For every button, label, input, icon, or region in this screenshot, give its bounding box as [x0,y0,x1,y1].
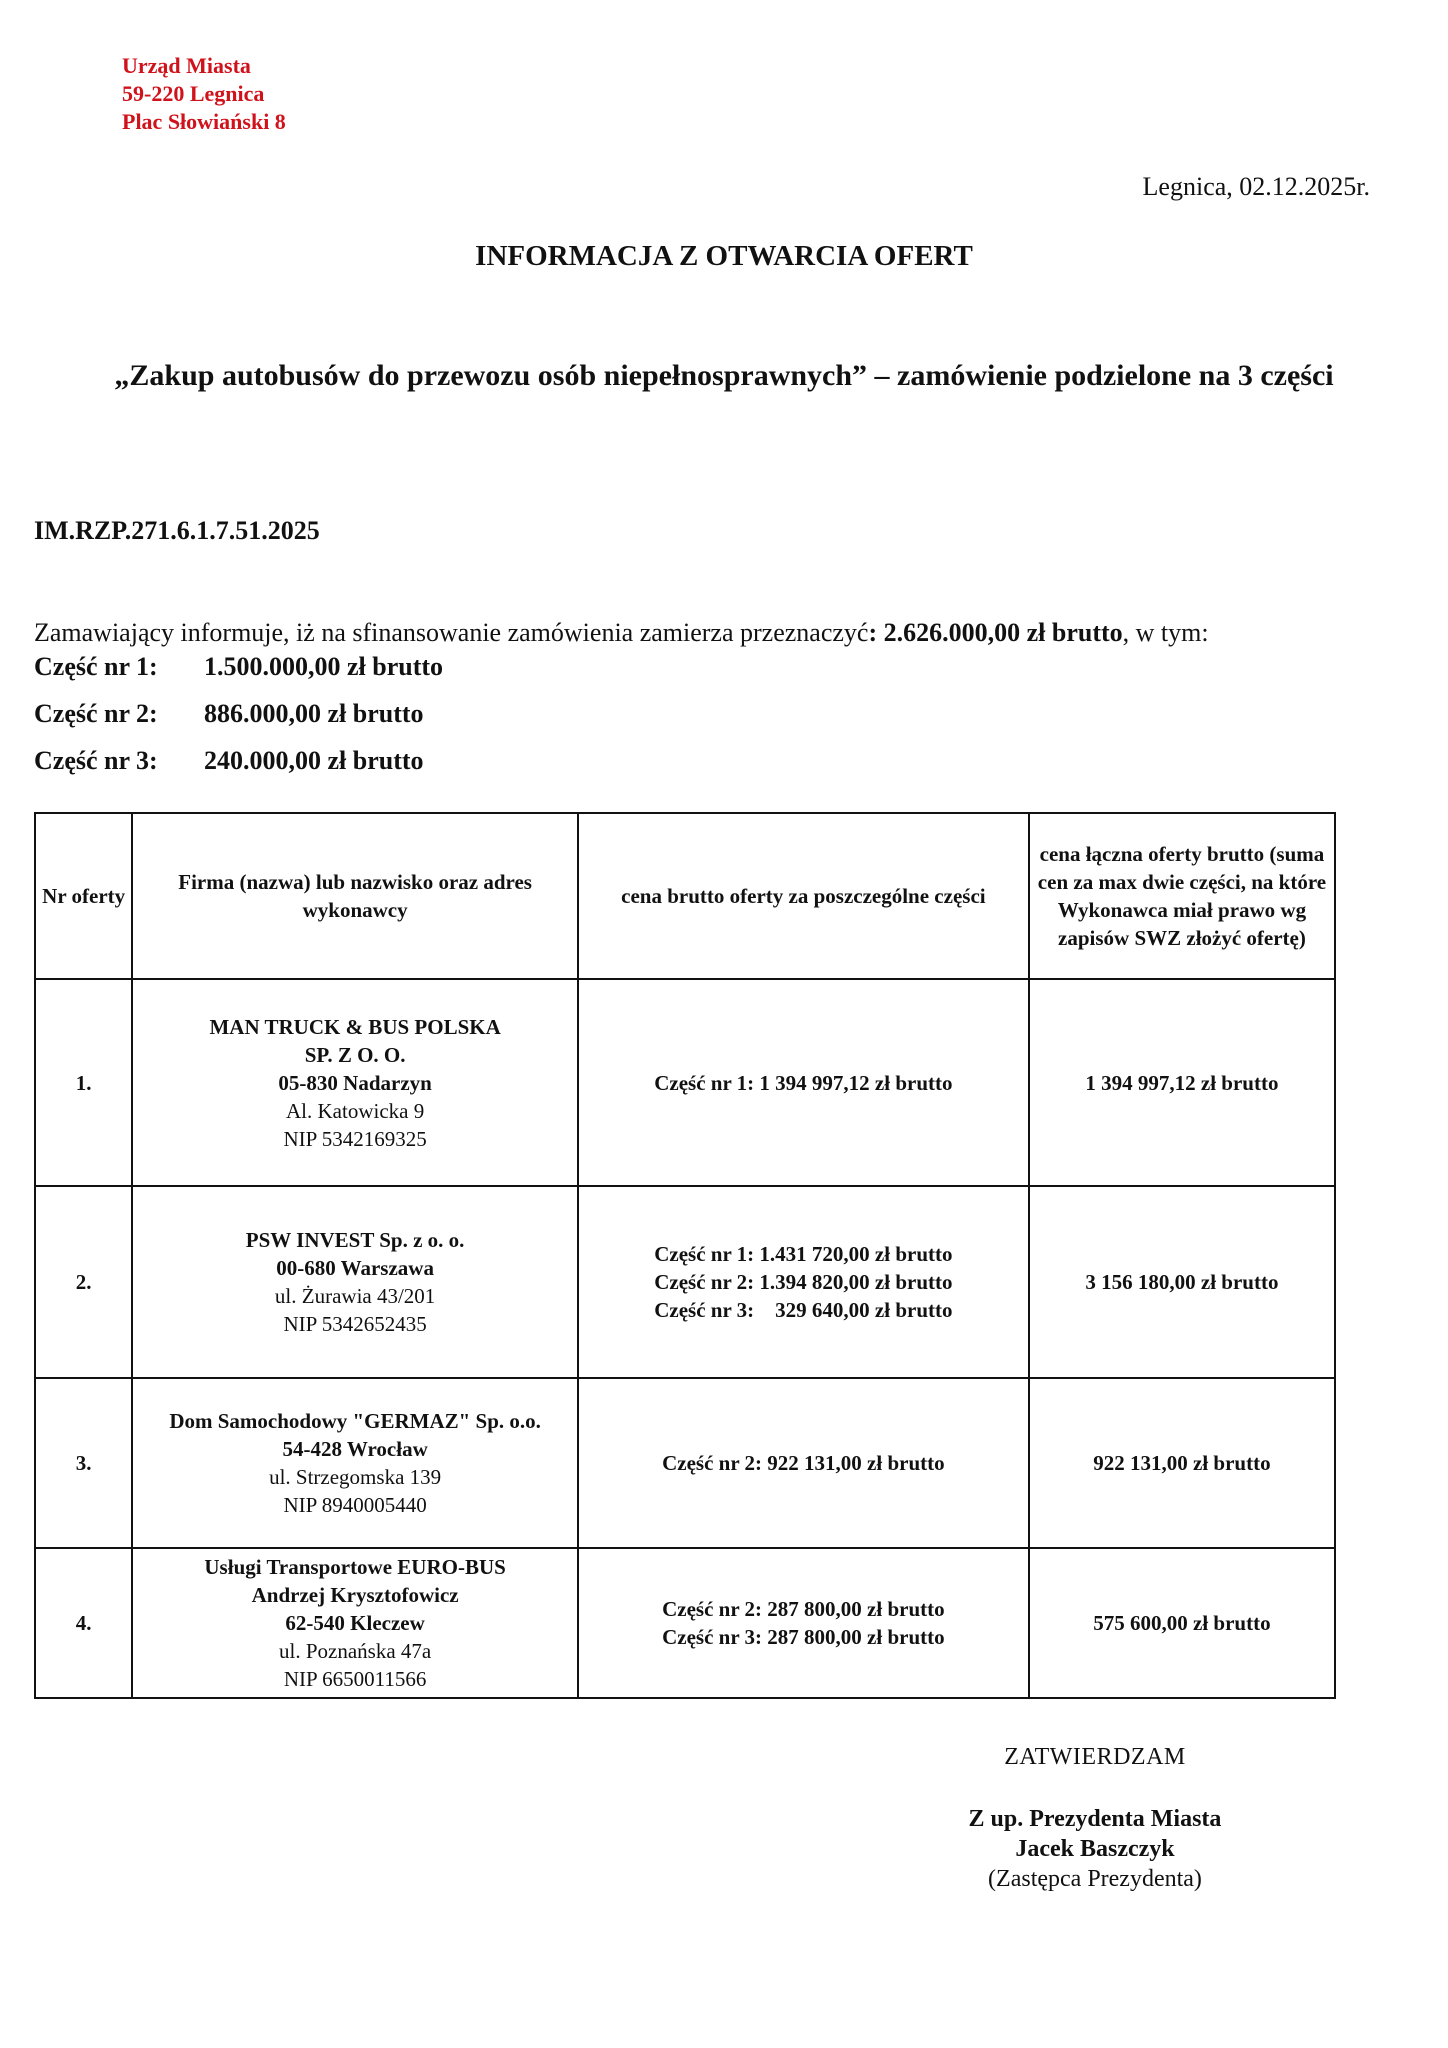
budget-intro: Zamawiający informuje, iż na sfinansowan… [34,616,1209,650]
table-row: 3.Dom Samochodowy "GERMAZ" Sp. o.o.54-42… [35,1378,1335,1548]
contractor-address: ul. Strzegomska 139 [139,1463,571,1491]
part-prices-cell: Część nr 1: 1 394 997,12 zł brutto [578,979,1029,1186]
header-contractor: Firma (nazwa) lub nazwisko oraz adres wy… [132,813,578,979]
document-subject: „Zakup autobusów do przewozu osób niepeł… [50,356,1398,396]
contractor-name-line: MAN TRUCK & BUS POLSKA [139,1013,571,1041]
part-price: Część nr 2: 287 800,00 zł brutto [662,1595,945,1623]
budget-part: Część nr 1:1.500.000,00 zł brutto [34,650,443,697]
sender-line: 59-220 Legnica [122,80,286,108]
contractor-cell: Usługi Transportowe EURO-BUSAndrzej Krys… [132,1548,578,1698]
sender-line: Urząd Miasta [122,52,286,80]
part-prices-cell: Część nr 2: 922 131,00 zł brutto [578,1378,1029,1548]
total-price: 1 394 997,12 zł brutto [1029,979,1335,1186]
table-row: 1.MAN TRUCK & BUS POLSKASP. Z O. O.05-83… [35,979,1335,1186]
reference-number: IM.RZP.271.6.1.7.51.2025 [34,516,320,546]
budget-part: Część nr 3:240.000,00 zł brutto [34,744,443,791]
approval-heading: ZATWIERDZAM [920,1742,1270,1772]
intro-suffix: , w tym: [1123,618,1209,647]
total-price: 3 156 180,00 zł brutto [1029,1186,1335,1378]
approval-line: Z up. Prezydenta Miasta [920,1804,1270,1834]
contractor-cell: MAN TRUCK & BUS POLSKASP. Z O. O.05-830 … [132,979,578,1186]
offer-number: 3. [35,1378,132,1548]
approver-title: (Zastępca Prezydenta) [920,1864,1270,1894]
table-header-row: Nr oferty Firma (nazwa) lub nazwisko ora… [35,813,1335,979]
part-price: Część nr 2: 1.394 820,00 zł brutto [654,1268,952,1296]
offer-number: 2. [35,1186,132,1378]
part-price: Część nr 3: 287 800,00 zł brutto [662,1623,945,1651]
approver-name: Jacek Baszczyk [920,1834,1270,1864]
budget-parts: Część nr 1:1.500.000,00 zł brutto Część … [34,650,443,791]
contractor-name-line: Dom Samochodowy "GERMAZ" Sp. o.o. [139,1407,571,1435]
contractor-nip: NIP 5342652435 [139,1310,571,1338]
contractor-cell: PSW INVEST Sp. z o. o.00-680 Warszawaul.… [132,1186,578,1378]
part-price: Część nr 1: 1.431 720,00 zł brutto [654,1240,952,1268]
contractor-name-line: 05-830 Nadarzyn [139,1069,571,1097]
intro-text: Zamawiający informuje, iż na sfinansowan… [34,618,868,647]
offer-number: 4. [35,1548,132,1698]
document-title: INFORMACJA Z OTWARCIA OFERT [0,240,1448,273]
budget-part: Część nr 2:886.000,00 zł brutto [34,697,443,744]
contractor-cell: Dom Samochodowy "GERMAZ" Sp. o.o.54-428 … [132,1378,578,1548]
sender-address: Urząd Miasta 59-220 Legnica Plac Słowiań… [122,52,286,136]
offer-number: 1. [35,979,132,1186]
intro-amount: : 2.626.000,00 zł brutto [868,618,1122,647]
header-part-prices: cena brutto oferty za poszczególne częśc… [578,813,1029,979]
contractor-nip: NIP 6650011566 [139,1665,571,1693]
offers-table: Nr oferty Firma (nazwa) lub nazwisko ora… [34,812,1336,1699]
contractor-name-line: 54-428 Wrocław [139,1435,571,1463]
document-date: Legnica, 02.12.2025r. [1143,172,1370,202]
header-total-price: cena łączna oferty brutto (suma cen za m… [1029,813,1335,979]
part-price: Część nr 1: 1 394 997,12 zł brutto [654,1069,952,1097]
part-price: Część nr 3: 329 640,00 zł brutto [654,1296,952,1324]
contractor-name-line: 62-540 Kleczew [139,1609,571,1637]
header-offer-number: Nr oferty [35,813,132,979]
contractor-name-line: PSW INVEST Sp. z o. o. [139,1226,571,1254]
sender-line: Plac Słowiański 8 [122,108,286,136]
contractor-name-line: SP. Z O. O. [139,1041,571,1069]
table-row: 4.Usługi Transportowe EURO-BUSAndrzej Kr… [35,1548,1335,1698]
contractor-nip: NIP 8940005440 [139,1491,571,1519]
total-price: 575 600,00 zł brutto [1029,1548,1335,1698]
total-price: 922 131,00 zł brutto [1029,1378,1335,1548]
contractor-name-line: 00-680 Warszawa [139,1254,571,1282]
contractor-address: Al. Katowicka 9 [139,1097,571,1125]
contractor-name-line: Andrzej Krysztofowicz [139,1581,571,1609]
approval-block: ZATWIERDZAM Z up. Prezydenta Miasta Jace… [920,1742,1270,1894]
contractor-nip: NIP 5342169325 [139,1125,571,1153]
part-prices-cell: Część nr 1: 1.431 720,00 zł bruttoCzęść … [578,1186,1029,1378]
table-row: 2.PSW INVEST Sp. z o. o.00-680 Warszawau… [35,1186,1335,1378]
part-prices-cell: Część nr 2: 287 800,00 zł bruttoCzęść nr… [578,1548,1029,1698]
contractor-address: ul. Żurawia 43/201 [139,1282,571,1310]
part-price: Część nr 2: 922 131,00 zł brutto [662,1449,945,1477]
contractor-address: ul. Poznańska 47a [139,1637,571,1665]
contractor-name-line: Usługi Transportowe EURO-BUS [139,1553,571,1581]
